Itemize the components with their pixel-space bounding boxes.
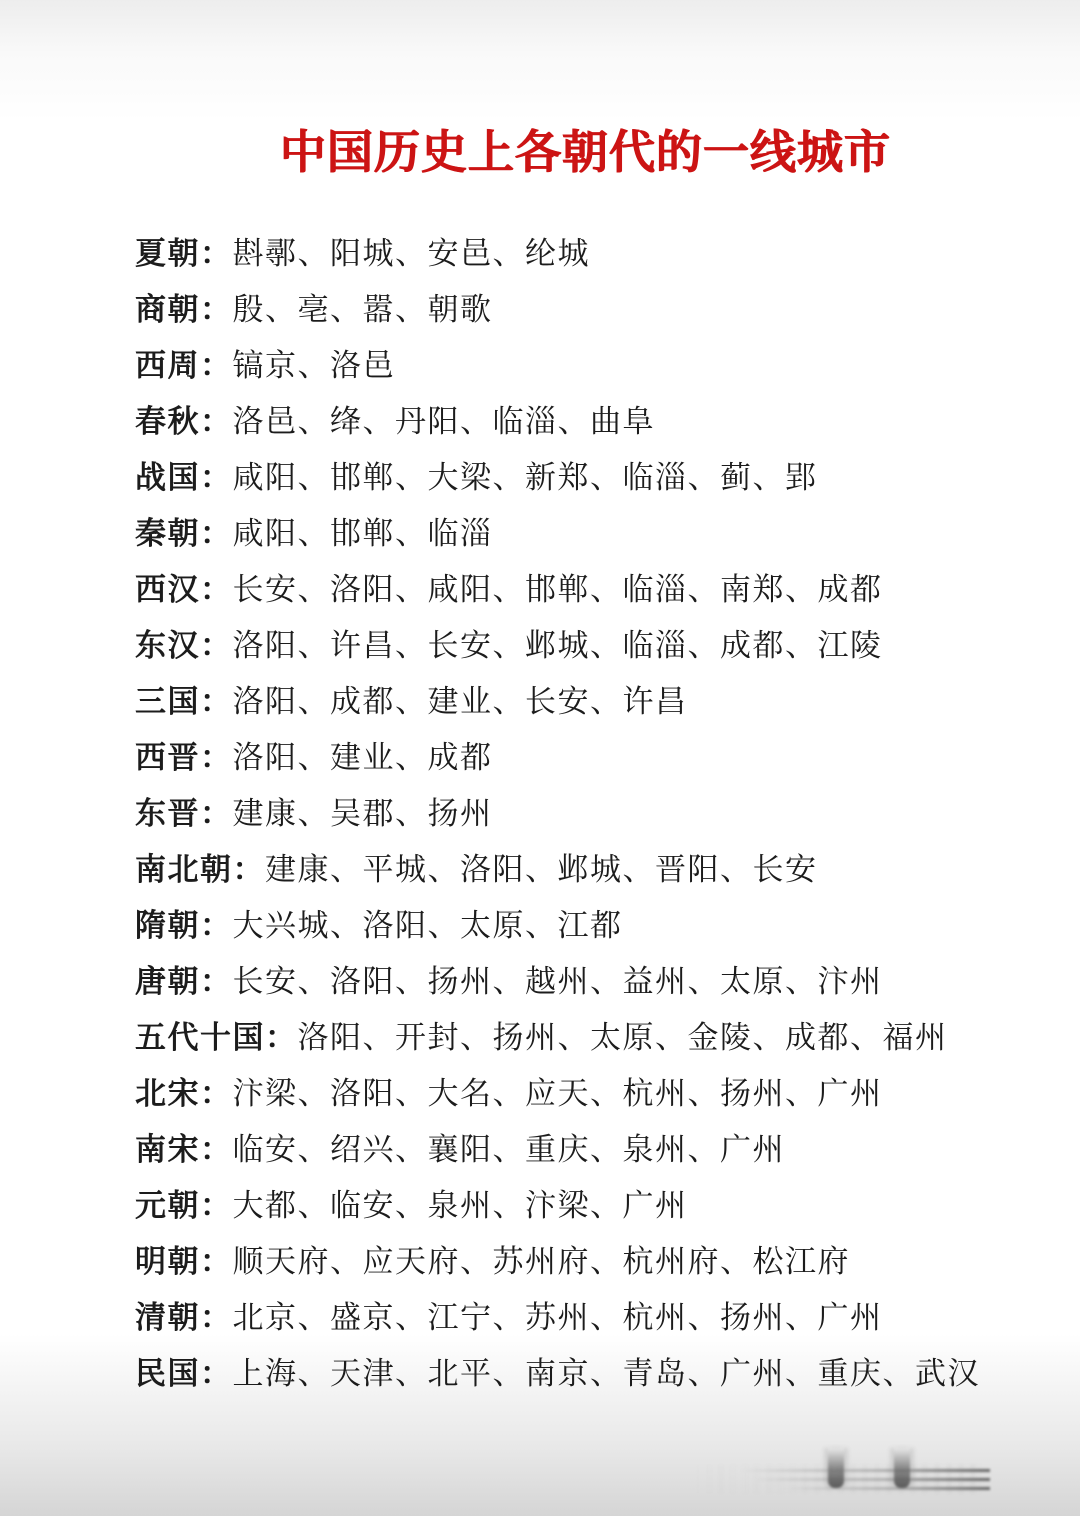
dynasty-row: 东晋：建康、吴郡、扬州 — [135, 782, 1040, 838]
page-title: 中国历史上各朝代的一线城市 — [45, 122, 1080, 184]
dynasty-row: 唐朝：长安、洛阳、扬州、越州、益州、太原、汴州 — [135, 950, 1040, 1006]
cities-text: 咸阳、邯郸、大梁、新郑、临淄、蓟、郢 — [233, 452, 818, 497]
cities-text: 洛阳、成都、建业、长安、许昌 — [233, 676, 688, 721]
watermark-line — [740, 1469, 990, 1472]
dynasty-label: 元朝： — [135, 1180, 233, 1225]
cities-text: 长安、洛阳、咸阳、邯郸、临淄、南郑、成都 — [233, 564, 883, 609]
dynasty-row: 东汉：洛阳、许昌、长安、邺城、临淄、成都、江陵 — [135, 614, 1040, 670]
dynasty-row: 明朝：顺天府、应天府、苏州府、杭州府、松江府 — [135, 1230, 1040, 1286]
dynasty-label: 五代十国： — [135, 1012, 298, 1057]
watermark-bar — [894, 1448, 910, 1488]
dynasty-row: 南宋：临安、绍兴、襄阳、重庆、泉州、广州 — [135, 1118, 1040, 1174]
cities-text: 汴梁、洛阳、大名、应天、杭州、扬州、广州 — [233, 1068, 883, 1113]
watermark-line — [752, 1478, 990, 1481]
dynasty-label: 唐朝： — [135, 956, 233, 1001]
dynasty-row: 商朝：殷、亳、嚣、朝歌 — [135, 278, 1040, 334]
dynasty-label: 东汉： — [135, 620, 233, 665]
dynasty-label: 民国： — [135, 1348, 233, 1393]
dynasty-label: 西汉： — [135, 564, 233, 609]
dynasty-row: 西晋：洛阳、建业、成都 — [135, 726, 1040, 782]
cities-text: 咸阳、邯郸、临淄 — [233, 508, 493, 553]
dynasty-label: 西晋： — [135, 732, 233, 777]
cities-text: 北京、盛京、江宁、苏州、杭州、扬州、广州 — [233, 1292, 883, 1337]
dynasty-label: 南宋： — [135, 1124, 233, 1169]
cities-text: 洛邑、绛、丹阳、临淄、曲阜 — [233, 396, 656, 441]
cities-text: 建康、平城、洛阳、邺城、晋阳、长安 — [265, 844, 818, 889]
dynasty-row: 南北朝：建康、平城、洛阳、邺城、晋阳、长安 — [135, 838, 1040, 894]
watermark-smudge — [742, 1438, 992, 1502]
dynasty-row: 秦朝：咸阳、邯郸、临淄 — [135, 502, 1040, 558]
dynasty-row: 西汉：长安、洛阳、咸阳、邯郸、临淄、南郑、成都 — [135, 558, 1040, 614]
dynasty-label: 夏朝： — [135, 228, 233, 273]
dynasty-row: 民国：上海、天津、北平、南京、青岛、广州、重庆、武汉 — [135, 1342, 1040, 1398]
dynasty-row: 三国：洛阳、成都、建业、长安、许昌 — [135, 670, 1040, 726]
cities-text: 临安、绍兴、襄阳、重庆、泉州、广州 — [233, 1124, 786, 1169]
dynasty-label: 春秋： — [135, 396, 233, 441]
dynasty-label: 东晋： — [135, 788, 233, 833]
cities-text: 长安、洛阳、扬州、越州、益州、太原、汴州 — [233, 956, 883, 1001]
cities-text: 洛阳、开封、扬州、太原、金陵、成都、福州 — [298, 1012, 948, 1057]
dynasty-row: 五代十国：洛阳、开封、扬州、太原、金陵、成都、福州 — [135, 1006, 1040, 1062]
watermark-haze — [682, 1464, 982, 1494]
document-page: 中国历史上各朝代的一线城市 夏朝：斟鄩、阳城、安邑、纶城 商朝：殷、亳、嚣、朝歌… — [0, 0, 1080, 1516]
dynasty-label: 隋朝： — [135, 900, 233, 945]
cities-text: 顺天府、应天府、苏州府、杭州府、松江府 — [233, 1236, 851, 1281]
dynasty-label: 战国： — [135, 452, 233, 497]
cities-text: 洛阳、许昌、长安、邺城、临淄、成都、江陵 — [233, 620, 883, 665]
cities-text: 大都、临安、泉州、汴梁、广州 — [233, 1180, 688, 1225]
dynasty-row: 隋朝：大兴城、洛阳、太原、江都 — [135, 894, 1040, 950]
dynasty-row: 夏朝：斟鄩、阳城、安邑、纶城 — [135, 222, 1040, 278]
dynasty-row: 西周：镐京、洛邑 — [135, 334, 1040, 390]
cities-text: 建康、吴郡、扬州 — [233, 788, 493, 833]
dynasty-label: 秦朝： — [135, 508, 233, 553]
dynasty-label: 清朝： — [135, 1292, 233, 1337]
cities-text: 镐京、洛邑 — [233, 340, 396, 385]
cities-text: 殷、亳、嚣、朝歌 — [233, 284, 493, 329]
dynasty-label: 商朝： — [135, 284, 233, 329]
dynasty-label: 南北朝： — [135, 844, 265, 889]
dynasty-label: 明朝： — [135, 1236, 233, 1281]
dynasty-label: 北宋： — [135, 1068, 233, 1113]
dynasty-row: 北宋：汴梁、洛阳、大名、应天、杭州、扬州、广州 — [135, 1062, 1040, 1118]
cities-text: 上海、天津、北平、南京、青岛、广州、重庆、武汉 — [233, 1348, 981, 1393]
cities-text: 大兴城、洛阳、太原、江都 — [233, 900, 623, 945]
dynasty-row: 元朝：大都、临安、泉州、汴梁、广州 — [135, 1174, 1040, 1230]
dynasty-row: 春秋：洛邑、绛、丹阳、临淄、曲阜 — [135, 390, 1040, 446]
watermark-bar — [828, 1448, 844, 1488]
cities-text: 斟鄩、阳城、安邑、纶城 — [233, 228, 591, 273]
cities-text: 洛阳、建业、成都 — [233, 732, 493, 777]
dynasty-list: 夏朝：斟鄩、阳城、安邑、纶城 商朝：殷、亳、嚣、朝歌 西周：镐京、洛邑 春秋：洛… — [0, 222, 1080, 1398]
dynasty-label: 西周： — [135, 340, 233, 385]
dynasty-row: 清朝：北京、盛京、江宁、苏州、杭州、扬州、广州 — [135, 1286, 1040, 1342]
watermark-line — [785, 1487, 990, 1490]
dynasty-row: 战国：咸阳、邯郸、大梁、新郑、临淄、蓟、郢 — [135, 446, 1040, 502]
dynasty-label: 三国： — [135, 676, 233, 721]
